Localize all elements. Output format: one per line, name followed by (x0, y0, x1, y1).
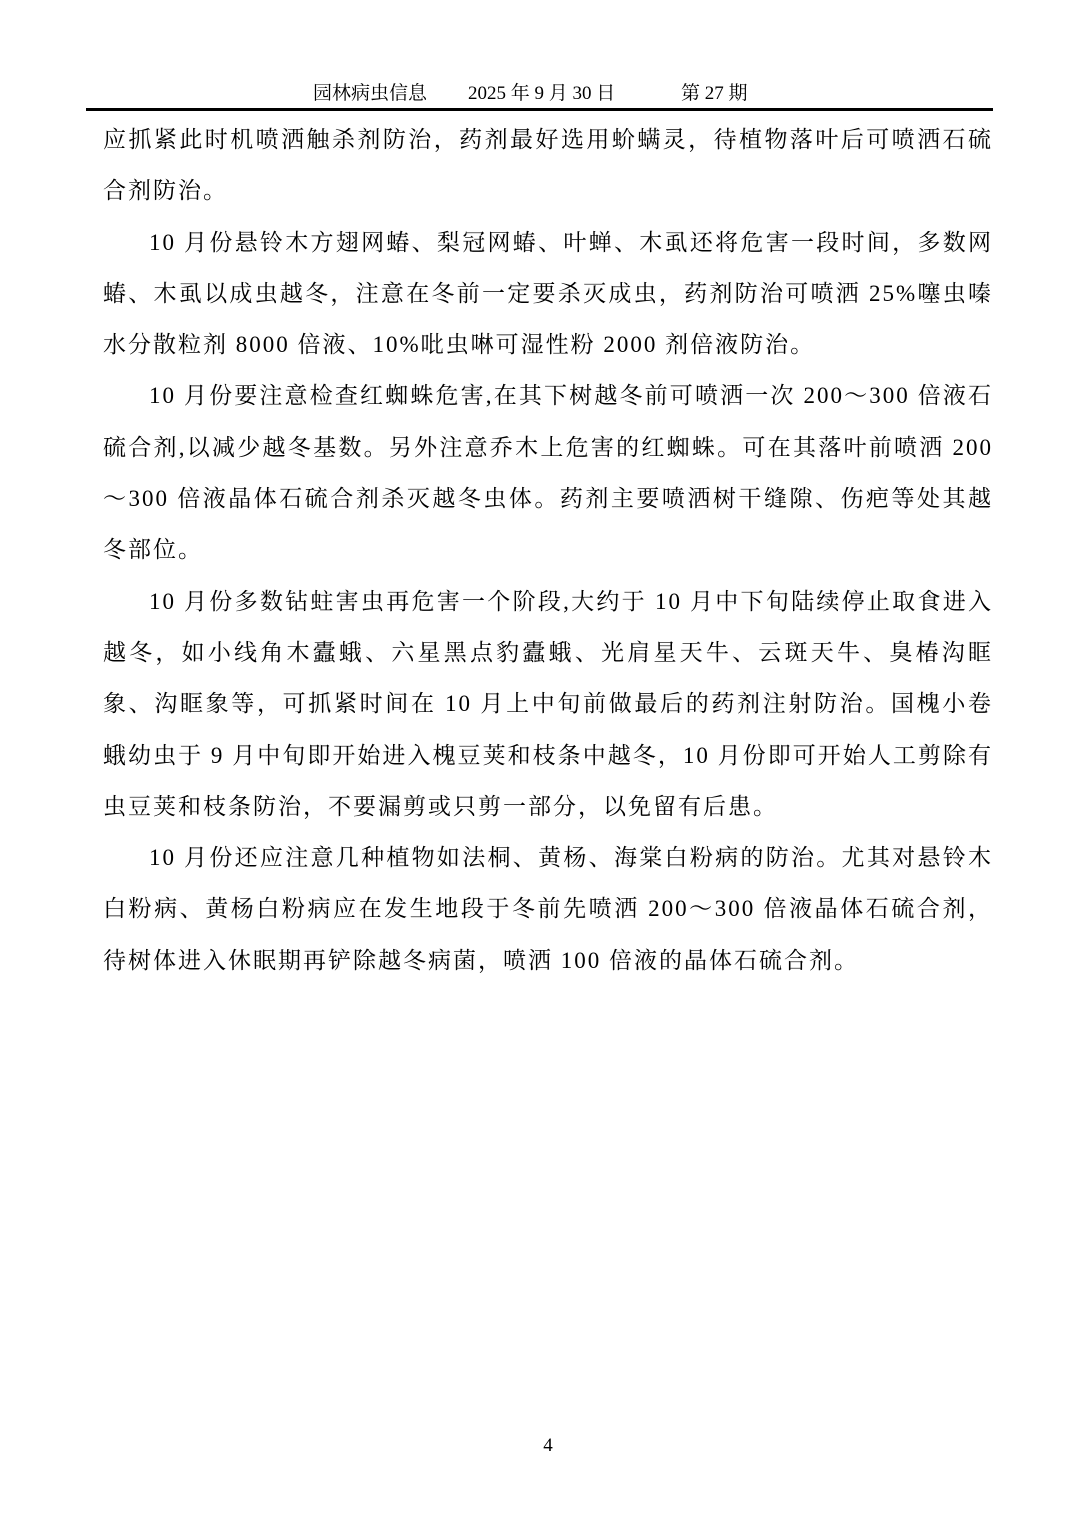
document-body: 应抓紧此时机喷洒触杀剂防治，药剂最好选用蚧螨灵，待植物落叶后可喷洒石硫合剂防治。… (103, 114, 993, 986)
document-page: 园林病虫信息 2025 年 9 月 30 日 第 27 期 应抓紧此时机喷洒触杀… (0, 0, 1074, 1520)
header-rule (86, 108, 993, 111)
paragraph: 10 月份悬铃木方翅网蝽、梨冠网蝽、叶蝉、木虱还将危害一段时间，多数网蝽、木虱以… (103, 217, 993, 371)
paragraph: 10 月份要注意检查红蜘蛛危害,在其下树越冬前可喷洒一次 200～300 倍液石… (103, 370, 993, 575)
issue-date: 2025 年 9 月 30 日 (468, 82, 615, 106)
issue-number: 第 27 期 (681, 82, 748, 106)
paragraph: 应抓紧此时机喷洒触杀剂防治，药剂最好选用蚧螨灵，待植物落叶后可喷洒石硫合剂防治。 (103, 114, 993, 217)
publication-title: 园林病虫信息 (313, 82, 427, 106)
paragraph: 10 月份还应注意几种植物如法桐、黄杨、海棠白粉病的防治。尤其对悬铃木白粉病、黄… (103, 832, 993, 986)
paragraph: 10 月份多数钻蛀害虫再危害一个阶段,大约于 10 月中下旬陆续停止取食进入越冬… (103, 576, 993, 832)
page-number: 4 (103, 1434, 993, 1458)
